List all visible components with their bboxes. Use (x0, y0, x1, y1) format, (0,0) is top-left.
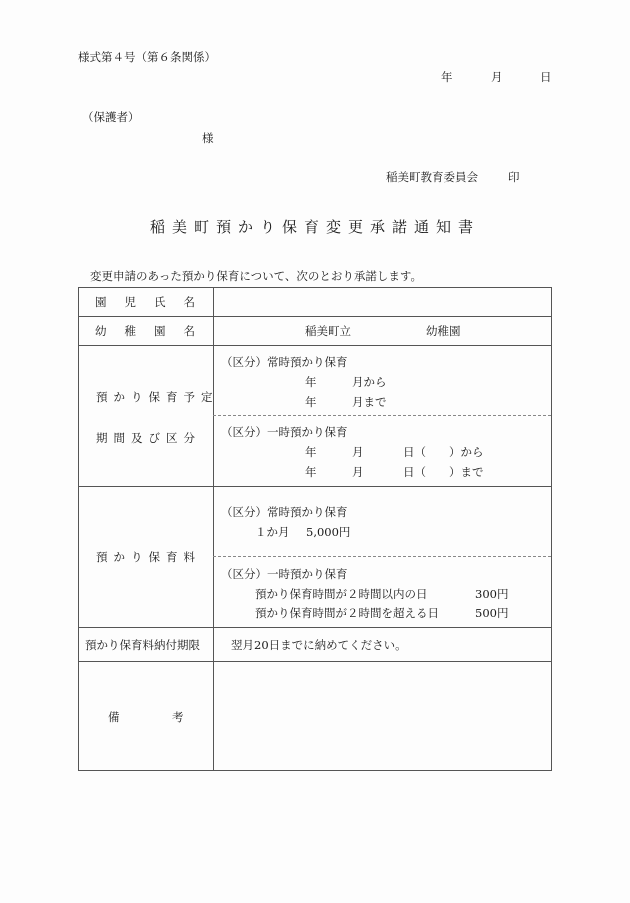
row-divider (79, 627, 551, 628)
temporary-fee-desc-1: 預かり保育時間が２時間以内の日 (255, 587, 428, 601)
period-label-line2: 期間及び区分 (96, 431, 201, 445)
form-number: 様式第４号（第６条関係） (78, 50, 216, 64)
dashed-divider (213, 556, 551, 557)
regular-fee-period: １か月 (255, 525, 290, 539)
remarks-label-a: 備 (108, 710, 120, 724)
date-month-label: 月 (491, 70, 503, 84)
temporary-start-year: 年 (305, 445, 317, 459)
regular-fee-heading: （区分）常時預かり保育 (221, 505, 348, 519)
regular-end-year: 年 (305, 395, 317, 409)
seal-mark: 印 (508, 170, 520, 184)
guardian-label: （保護者） (82, 110, 140, 124)
kindergarten-suffix: 幼稚園 (426, 324, 461, 338)
remarks-label-b: 考 (172, 710, 184, 724)
child-name-label: 園児氏名 (95, 295, 213, 309)
remarks-field[interactable] (214, 662, 552, 770)
date-year-label: 年 (441, 70, 453, 84)
temporary-fee-amount-2: 500円 (475, 606, 508, 620)
date-day-label: 日 (540, 70, 552, 84)
temporary-start-month: 月 (352, 445, 364, 459)
temporary-fee-desc-2: 預かり保育時間が２時間を超える日 (255, 606, 439, 620)
regular-end-month: 月まで (352, 395, 387, 409)
temporary-end-month: 月 (352, 465, 364, 479)
regular-start-month: 月から (352, 375, 387, 389)
honorific: 様 (202, 131, 214, 145)
temporary-start-close: ）から (449, 445, 484, 459)
document-title: 稲美町預かり保育変更承諾通知書 (0, 218, 630, 236)
row-divider (79, 486, 551, 487)
temporary-fee-amount-1: 300円 (475, 587, 508, 601)
temporary-fee-heading: （区分）一時預かり保育 (221, 567, 348, 581)
kindergarten-prefix: 稲美町立 (305, 324, 351, 338)
issuer-name: 稲美町教育委員会 (386, 170, 478, 184)
dashed-divider (213, 415, 551, 416)
kindergarten-name-label: 幼稚園名 (95, 324, 213, 338)
approval-table: 園児氏名 幼稚園名 稲美町立 幼稚園 預かり保育予定 期間及び区分 （区分）常時… (78, 287, 552, 771)
fee-label: 預かり保育料 (96, 550, 201, 564)
regular-start-year: 年 (305, 375, 317, 389)
temporary-start-day: 日（ (403, 445, 426, 459)
intro-text: 変更申請のあった預かり保育について、次のとおり承諾します。 (90, 269, 422, 283)
child-name-field[interactable] (214, 288, 552, 316)
row-divider (79, 316, 551, 317)
payment-deadline-label: 預かり保育料納付期限 (85, 638, 200, 652)
row-divider (79, 345, 551, 346)
temporary-end-close: ）まで (449, 465, 484, 479)
payment-deadline-value: 翌月20日までに納めてください。 (231, 638, 407, 652)
temporary-care-heading: （区分）一時預かり保育 (221, 425, 348, 439)
regular-fee-amount: 5,000円 (306, 525, 350, 539)
regular-care-heading: （区分）常時預かり保育 (221, 355, 348, 369)
period-label-line1: 預かり保育予定 (96, 390, 219, 404)
temporary-end-year: 年 (305, 465, 317, 479)
temporary-end-day: 日（ (403, 465, 426, 479)
